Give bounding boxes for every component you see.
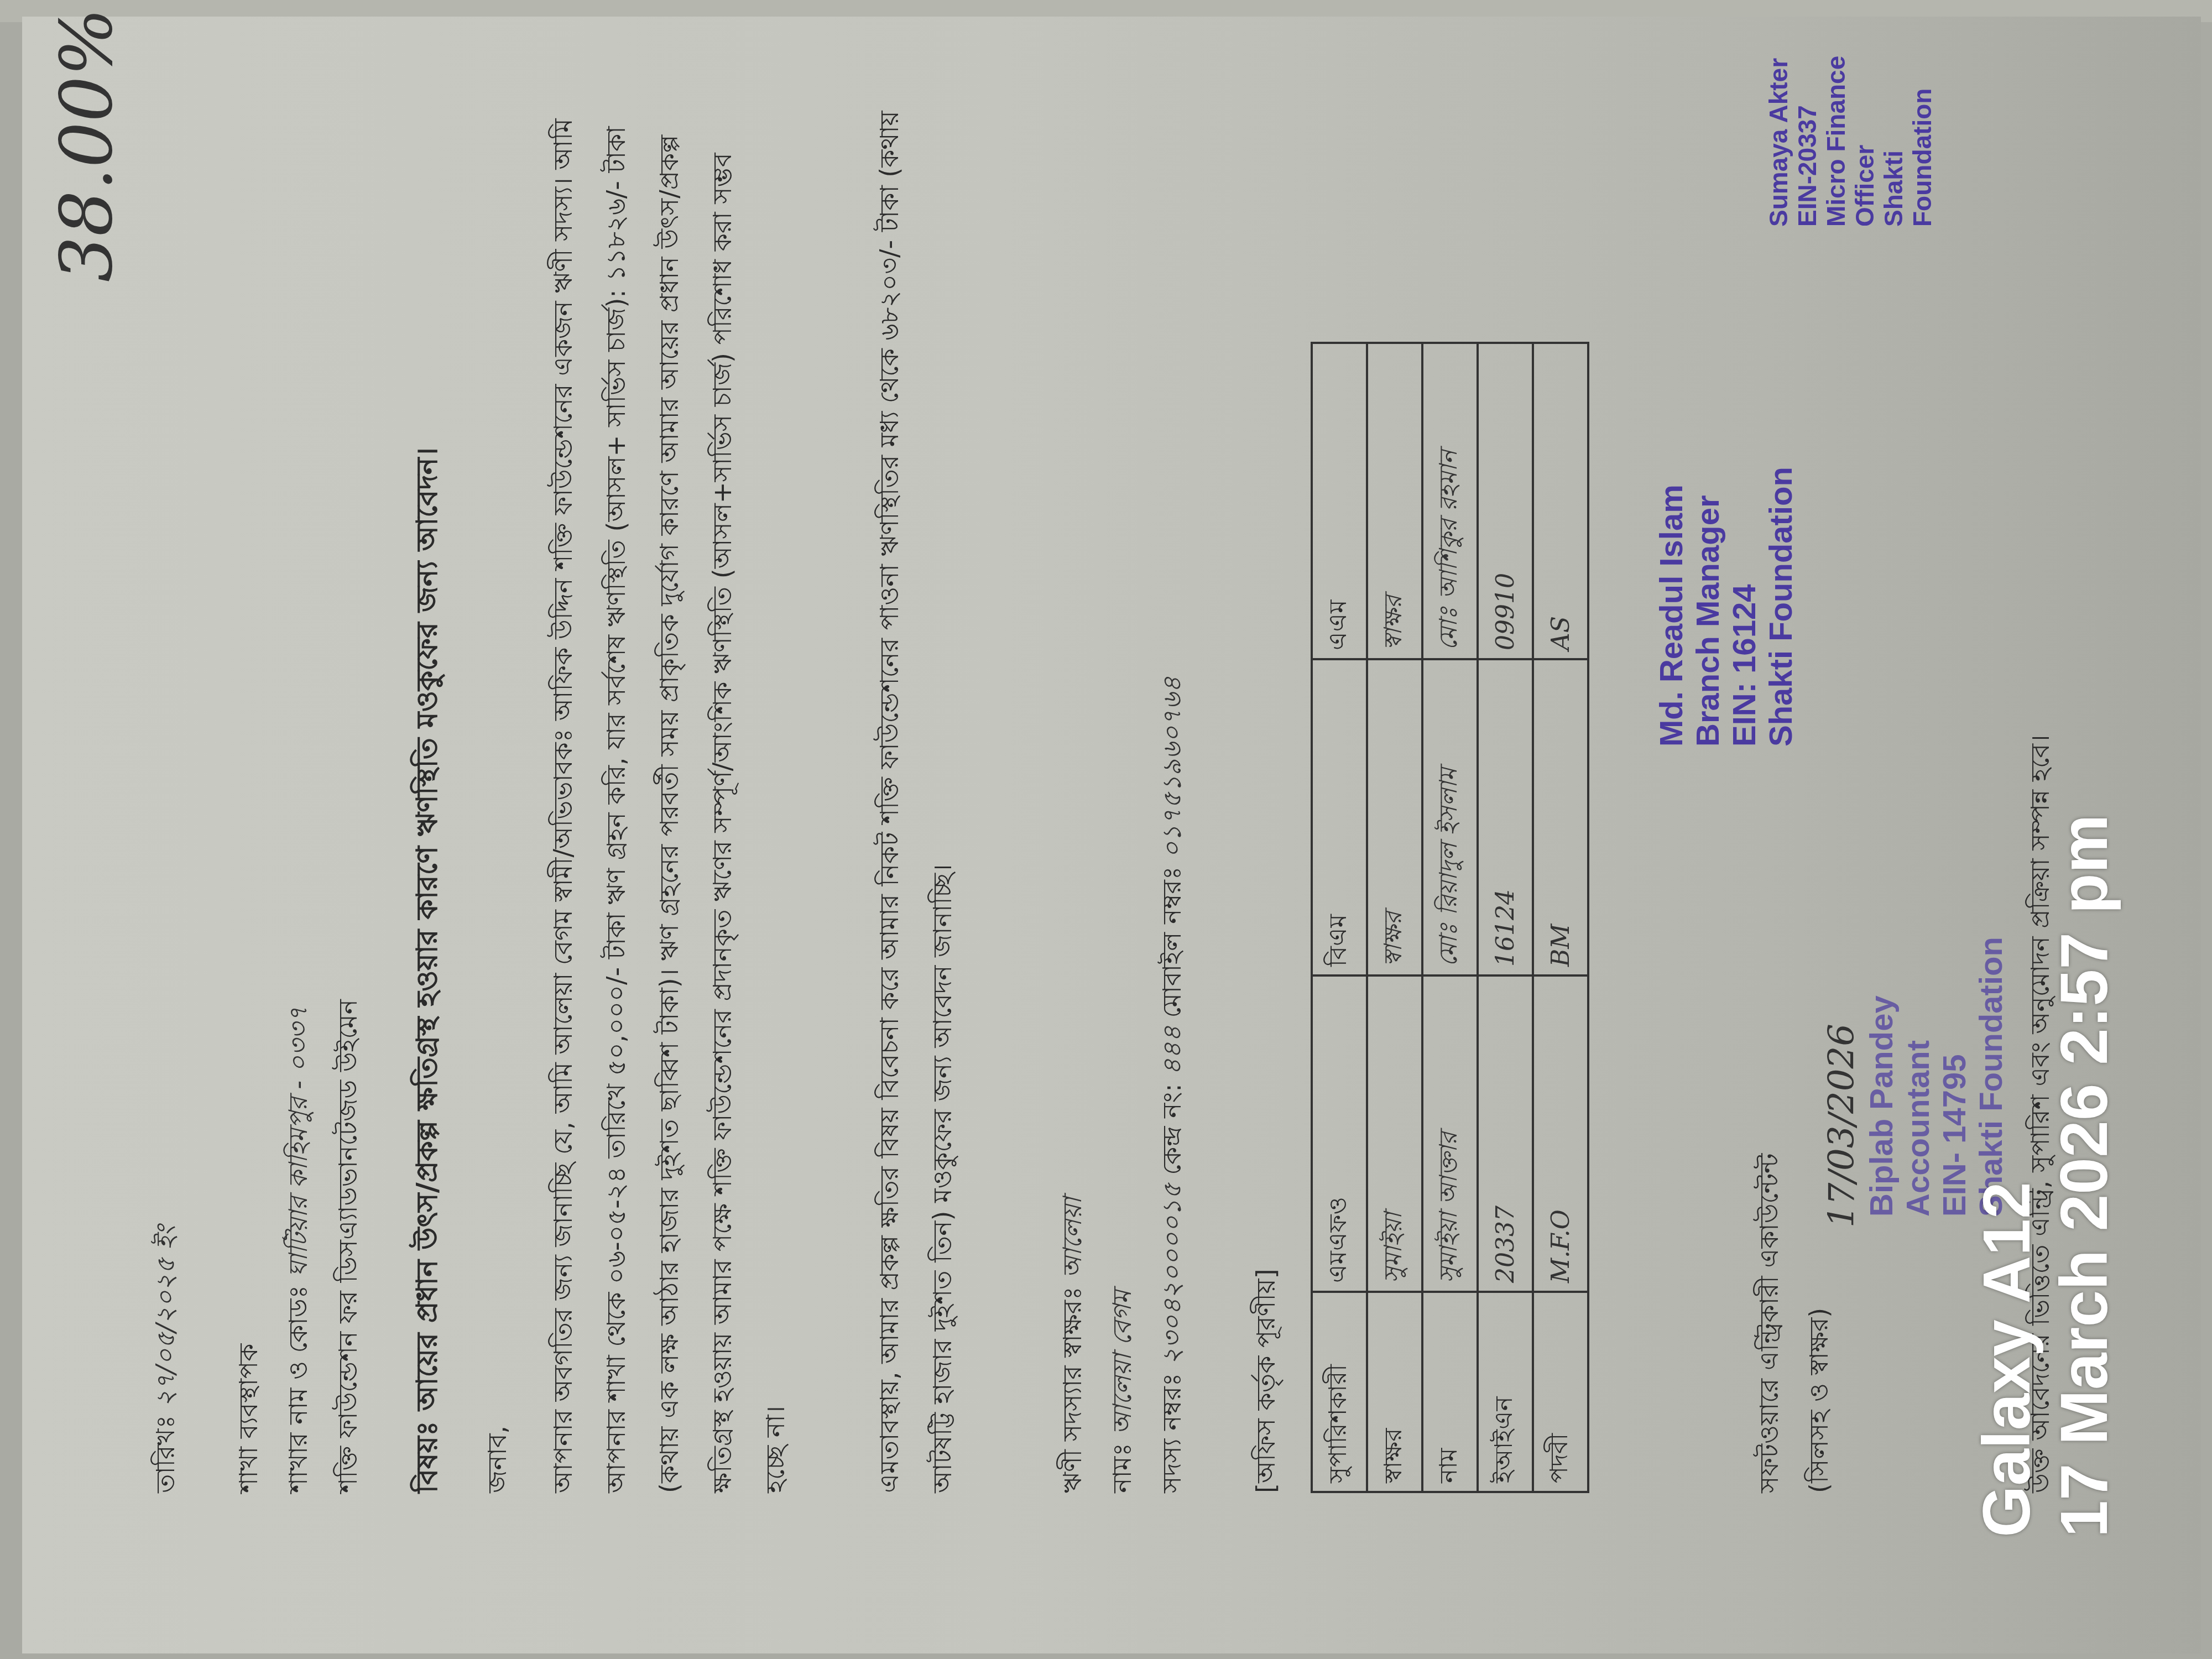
table-row: স্বাক্ষর সুমাইয়া স্বাক্ষর স্বাক্ষর	[1367, 343, 1422, 1492]
member-name-label: নামঃ	[1107, 1443, 1137, 1493]
branch-label: শাখার নাম ও কোডঃ	[283, 1285, 313, 1493]
recipient-title: শাখা ব্যবস্থাপক	[232, 1344, 265, 1493]
stamp-line: EIN-20337	[1793, 17, 1822, 227]
cell: মোঃ আশিকুর রহমান	[1422, 343, 1478, 659]
table-row: ইআইএন 20337 16124 09910	[1478, 343, 1533, 1492]
stamp-line: EIN: 16124	[1726, 467, 1763, 747]
document-page: 38.00% তারিখঃ ২৭/০৫/২০২৫ ইং শাখা ব্যবস্থ…	[22, 17, 2201, 1653]
subject-line: বিষয়ঃ আয়ের প্রধান উৎস/প্রকল্প ক্ষতিগ্র…	[409, 447, 447, 1493]
date-value: ২৭/০৫/২০২৫ ইং	[150, 1225, 180, 1407]
stamp-line: Branch Manager	[1690, 467, 1726, 747]
member-id-line: সদস্য নম্বরঃ ২৩০৪২০০০০১৫ কেন্দ্র নং: ৪৪৪…	[1156, 676, 1189, 1493]
stamp-line: Shakti Foundation	[1973, 937, 2010, 1217]
stamp-line: Sumaya Akter	[1764, 17, 1793, 227]
percent-note: 38.00%	[44, 8, 128, 282]
cell: স্বাক্ষর	[1367, 659, 1422, 975]
stamp-line: Micro Finance Officer	[1822, 17, 1879, 227]
stamp-line: Shakti Foundation	[1879, 17, 1937, 227]
header-mfo: এমএফও	[1312, 975, 1367, 1292]
camera-device-watermark: Galaxy A12	[1969, 1182, 2045, 1537]
member-name-value: আলেয়া বেগম	[1107, 1290, 1137, 1434]
office-table: সুপারিশকারী এমএফও বিএম এএম স্বাক্ষর সুমা…	[1311, 342, 1589, 1493]
row-label-signature: স্বাক্ষর	[1367, 1292, 1422, 1492]
branch-line: শাখার নাম ও কোডঃ ঘাটিয়ার কাহিমপুর - ০৩৩…	[282, 1006, 315, 1493]
member-id-label: সদস্য নম্বরঃ	[1157, 1373, 1187, 1493]
member-name-line: নামঃ আলেয়া বেগম	[1106, 1290, 1139, 1493]
authority-date: 17/03/2026	[1819, 1024, 1865, 1228]
mobile-label: মোবাইল নম্বরঃ	[1157, 867, 1187, 1018]
cell: M.F.O	[1533, 975, 1588, 1292]
cell: সুমাইয়া	[1367, 975, 1422, 1292]
row-label-ein: ইআইএন	[1478, 1292, 1533, 1492]
mobile-value: ০১৭৫১৯৬০৭৬৪	[1157, 676, 1187, 858]
mfo-stamp: Sumaya Akter EIN-20337 Micro Finance Off…	[1764, 17, 1937, 227]
paragraph-1: আপনার অবগতির জন্য জানাচ্ছি যে, আমি আলেয়…	[536, 111, 802, 1493]
stamp-line: Accountant	[1900, 937, 1937, 1217]
salutation: জনাব,	[481, 1426, 514, 1493]
cell: 16124	[1478, 659, 1533, 975]
cell: স্বাক্ষর	[1367, 343, 1422, 659]
cell: মোঃ রিয়াদুল ইসলাম	[1422, 659, 1478, 975]
cell: 09910	[1478, 343, 1533, 659]
member-sign-label: ঋণী সদস্যার স্বাক্ষরঃ	[1057, 1286, 1087, 1493]
stamp-line: Shakti Foundation	[1763, 467, 1799, 747]
cell: 20337	[1478, 975, 1533, 1292]
table-row: নাম সুমাইয়া আক্তার মোঃ রিয়াদুল ইসলাম ম…	[1422, 343, 1478, 1492]
member-id-value: ২৩০৪২০০০০১৫	[1157, 1183, 1187, 1365]
paragraph-2: এমতাবস্থায়, আমার প্রকল্প ক্ষতির বিষয় ব…	[863, 111, 969, 1493]
organization-name: শক্তি ফাউন্ডেশন ফর ডিসএ্যাডভানটেজড উইমেন	[332, 999, 365, 1493]
office-use-note: [অফিস কর্তৃক পূরণীয়]	[1250, 1269, 1283, 1493]
member-signature: আলেয়া	[1057, 1197, 1087, 1279]
center-label: কেন্দ্র নং:	[1157, 1083, 1187, 1175]
stamp-line: EIN- 14795	[1937, 937, 1973, 1217]
cell: BM	[1533, 659, 1588, 975]
header-am: এএম	[1312, 343, 1367, 659]
row-label-designation: পদবী	[1533, 1292, 1588, 1492]
date-line: তারিখঃ ২৭/০৫/২০২৫ ইং	[149, 1225, 182, 1493]
header-bm: বিএম	[1312, 659, 1367, 975]
center-value: ৪৪৪	[1157, 1026, 1187, 1076]
date-label: তারিখঃ	[150, 1415, 180, 1493]
branch-value: ঘাটিয়ার কাহিমপুর - ০৩৩৭	[283, 1006, 313, 1277]
cell: সুমাইয়া আক্তার	[1422, 975, 1478, 1292]
table-row: পদবী M.F.O BM AS	[1533, 343, 1588, 1492]
camera-timestamp-watermark: 17 March 2026 2:57 pm	[2046, 815, 2122, 1537]
header-recommender: সুপারিশকারী	[1312, 1292, 1367, 1492]
authority-line-2: (সিলসহ ও স্বাক্ষর)	[1803, 1308, 1836, 1493]
cell: AS	[1533, 343, 1588, 659]
stamp-line: Md. Readul Islam	[1653, 467, 1690, 747]
member-signature-line: ঋণী সদস্যার স্বাক্ষরঃ আলেয়া	[1056, 1197, 1089, 1493]
office-table-header: সুপারিশকারী এমএফও বিএম এএম	[1312, 343, 1367, 1492]
bm-stamp: Md. Readul Islam Branch Manager EIN: 161…	[1653, 467, 1799, 747]
row-label-name: নাম	[1422, 1292, 1478, 1492]
stamp-line: Biplab Pandey	[1864, 937, 1900, 1217]
authority-line-1: সফটওয়ারে এন্ট্রিকারী একাউন্টেন্ট	[1753, 1154, 1786, 1493]
accountant-stamp: Biplab Pandey Accountant EIN- 14795 Shak…	[1864, 937, 2010, 1217]
